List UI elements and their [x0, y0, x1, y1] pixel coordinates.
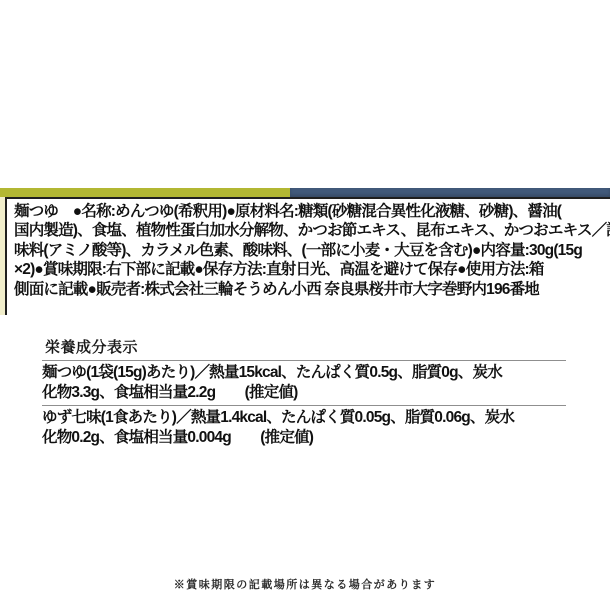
label-text-line-3: 味料(アミノ酸等)、カラメル色素、酸味料、(一部に小麦・大豆を含む)●内容量:3…: [14, 241, 610, 260]
nutrition-divider-mid: [42, 405, 566, 406]
expiry-footnote: ※賞味期限の記載場所は異なる場合があります: [0, 576, 610, 592]
nutrition-yuzushichimi-line-1: ゆず七味(1食あたり)／熱量1.4kcal、たんぱく質0.05g、脂質0.06g…: [42, 408, 566, 428]
label-text-line-2: 国内製造)、食塩、植物性蛋白加水分解物、かつお節エキス、昆布エキス、かつおエキス…: [14, 221, 610, 240]
product-label-photo: 麺つゆ ●名称:めんつゆ(希釈用)●原材料名:糖類(砂糖混合異性化液糖、砂糖)、…: [0, 0, 610, 610]
package-color-bar-right: [290, 188, 610, 197]
label-text-line-5: 側面に記載●販売者:株式会社三輪そうめん小西 奈良県桜井市大字巻野内196番地: [14, 280, 610, 299]
nutrition-mentsuyu-line-2: 化物3.3g、食塩相当量2.2g (推定値): [42, 383, 566, 403]
nutrition-title: 栄養成分表示: [42, 336, 566, 357]
nutrition-block-mentsuyu: 麺つゆ(1袋(15g)あたり)／熱量15kcal、たんぱく質0.5g、脂質0g、…: [42, 363, 566, 402]
ingredient-label-box: 麺つゆ ●名称:めんつゆ(希釈用)●原材料名:糖類(砂糖混合異性化液糖、砂糖)、…: [5, 197, 610, 315]
nutrition-yuzushichimi-line-2: 化物0.2g、食塩相当量0.004g (推定値): [42, 428, 566, 448]
label-text-line-4: ×2)●賞味期限:右下部に記載●保存方法:直射日光、高温を避けて保存●使用方法:…: [14, 260, 610, 279]
nutrition-divider-top: [42, 360, 566, 361]
nutrition-block-yuzushichimi: ゆず七味(1食あたり)／熱量1.4kcal、たんぱく質0.05g、脂質0.06g…: [42, 408, 566, 447]
nutrition-section: 栄養成分表示 麺つゆ(1袋(15g)あたり)／熱量15kcal、たんぱく質0.5…: [42, 336, 566, 449]
package-color-bar-left: [0, 188, 290, 197]
package-color-bar: [0, 188, 610, 197]
label-text-line-1: 麺つゆ ●名称:めんつゆ(希釈用)●原材料名:糖類(砂糖混合異性化液糖、砂糖)、…: [14, 202, 610, 221]
nutrition-mentsuyu-line-1: 麺つゆ(1袋(15g)あたり)／熱量15kcal、たんぱく質0.5g、脂質0g、…: [42, 363, 566, 383]
